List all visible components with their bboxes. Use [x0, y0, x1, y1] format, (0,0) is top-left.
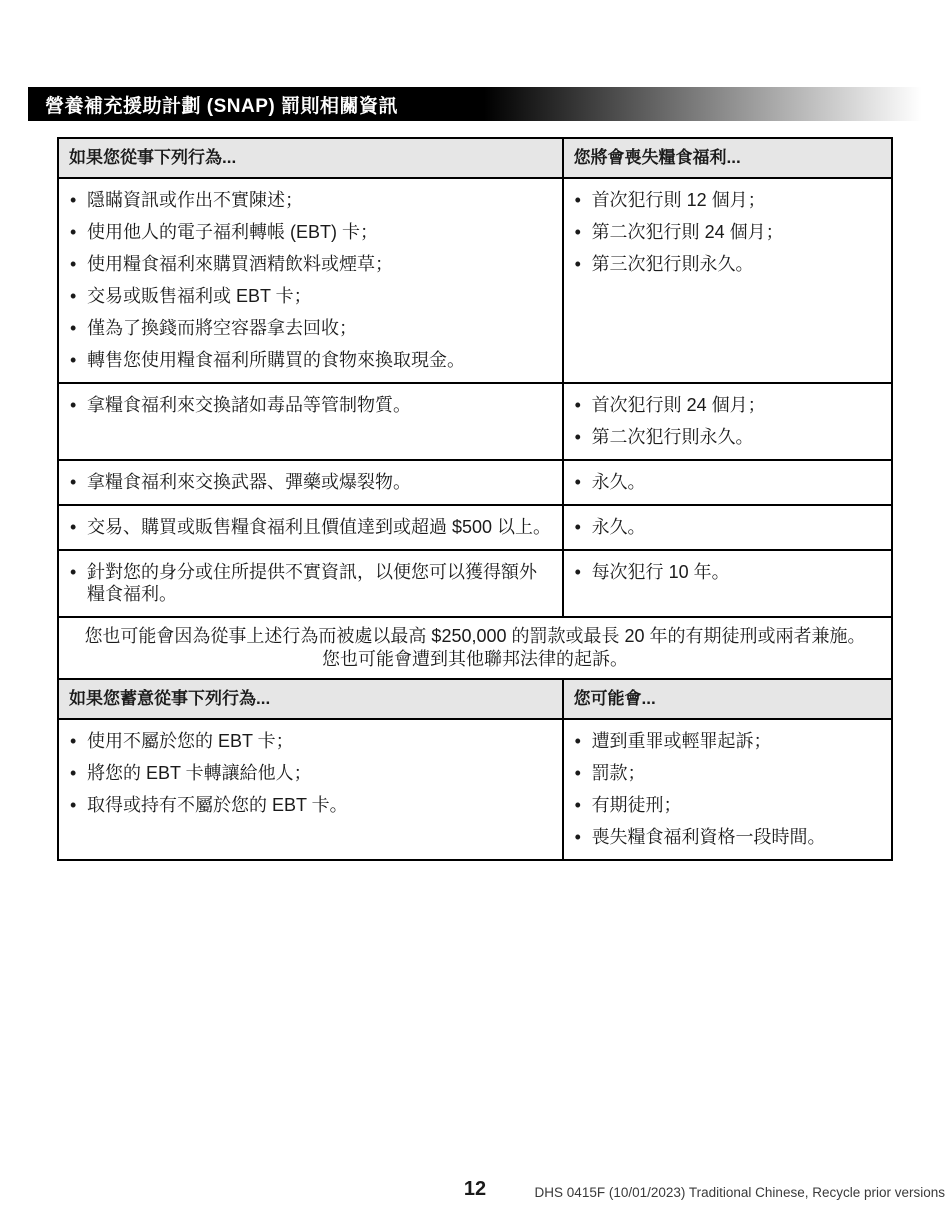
- bullet-item: 第二次犯行則 24 個月；: [564, 216, 883, 248]
- column-header-intentional-behavior: 如果您蓄意從事下列行為...: [58, 679, 563, 719]
- behavior-bullet-list: 隱瞞資訊或作出不實陳述；使用他人的電子福利轉帳 (EBT) 卡；使用糧食福利來購…: [59, 184, 562, 376]
- penalty-cell: 永久。: [563, 460, 892, 505]
- column-header-penalty: 您將會喪失糧食福利...: [563, 138, 892, 178]
- bullet-item: 首次犯行則 24 個月；: [564, 389, 883, 421]
- behavior-bullet-list: 交易、購買或販售糧食福利且價值達到或超過 $500 以上。: [59, 511, 562, 543]
- penalty-cell: 永久。: [563, 505, 892, 550]
- form-identifier: DHS 0415F (10/01/2023) Traditional Chine…: [535, 1185, 945, 1200]
- bullet-item: 首次犯行則 12 個月；: [564, 184, 883, 216]
- bullet-item: 每次犯行 10 年。: [564, 556, 883, 588]
- behavior-bullet-list: 針對您的身分或住所提供不實資訊，以便您可以獲得額外糧食福利。: [59, 556, 562, 610]
- bullet-item: 遭到重罪或輕罪起訴；: [564, 725, 883, 757]
- bullet-item: 隱瞞資訊或作出不實陳述；: [59, 184, 554, 216]
- penalty-bullet-list: 永久。: [564, 511, 891, 543]
- bullet-item: 僅為了換錢而將空容器拿去回收；: [59, 312, 554, 344]
- penalty-cell: 每次犯行 10 年。: [563, 550, 892, 617]
- behavior-cell: 針對您的身分或住所提供不實資訊，以便您可以獲得額外糧食福利。: [58, 550, 563, 617]
- table-header-row-1: 如果您從事下列行為... 您將會喪失糧食福利...: [58, 138, 892, 178]
- table-row: 拿糧食福利來交換武器、彈藥或爆裂物。 永久。: [58, 460, 892, 505]
- column-header-behavior: 如果您從事下列行為...: [58, 138, 563, 178]
- behavior-cell: 拿糧食福利來交換諸如毒品等管制物質。: [58, 383, 563, 460]
- bullet-item: 喪失糧食福利資格一段時間。: [564, 821, 883, 853]
- table-row: 使用不屬於您的 EBT 卡；將您的 EBT 卡轉讓給他人；取得或持有不屬於您的 …: [58, 719, 892, 860]
- behavior-cell: 使用不屬於您的 EBT 卡；將您的 EBT 卡轉讓給他人；取得或持有不屬於您的 …: [58, 719, 563, 860]
- penalty-bullet-list: 遭到重罪或輕罪起訴；罰款；有期徒刑；喪失糧食福利資格一段時間。: [564, 725, 891, 853]
- penalty-cell: 首次犯行則 24 個月；第二次犯行則永久。: [563, 383, 892, 460]
- column-header-consequence: 您可能會...: [563, 679, 892, 719]
- federal-penalty-notice: 您也可能會因為從事上述行為而被處以最高 $250,000 的罰款或最長 20 年…: [58, 617, 892, 679]
- penalty-bullet-list: 永久。: [564, 466, 891, 498]
- notice-line-2: 您也可能會遭到其他聯邦法律的起訴。: [67, 648, 883, 671]
- penalty-bullet-list: 每次犯行 10 年。: [564, 556, 891, 588]
- bullet-item: 永久。: [564, 466, 883, 498]
- behavior-bullet-list: 拿糧食福利來交換諸如毒品等管制物質。: [59, 389, 562, 421]
- penalty-bullet-list: 首次犯行則 24 個月；第二次犯行則永久。: [564, 389, 891, 453]
- bullet-item: 有期徒刑；: [564, 789, 883, 821]
- behavior-bullet-list: 拿糧食福利來交換武器、彈藥或爆裂物。: [59, 466, 562, 498]
- bullet-item: 罰款；: [564, 757, 883, 789]
- notice-line-1: 您也可能會因為從事上述行為而被處以最高 $250,000 的罰款或最長 20 年…: [67, 625, 883, 648]
- bullet-item: 轉售您使用糧食福利所購買的食物來換取現金。: [59, 344, 554, 376]
- bullet-item: 將您的 EBT 卡轉讓給他人；: [59, 757, 554, 789]
- section-title: 營養補充援助計劃 (SNAP) 罰則相關資訊: [28, 91, 398, 118]
- bullet-item: 使用不屬於您的 EBT 卡；: [59, 725, 554, 757]
- bullet-item: 拿糧食福利來交換武器、彈藥或爆裂物。: [59, 466, 554, 498]
- document-page: 營養補充援助計劃 (SNAP) 罰則相關資訊 如果您從事下列行為... 您將會喪…: [0, 0, 950, 1230]
- behavior-cell: 隱瞞資訊或作出不實陳述；使用他人的電子福利轉帳 (EBT) 卡；使用糧食福利來購…: [58, 178, 563, 383]
- behavior-cell: 交易、購買或販售糧食福利且價值達到或超過 $500 以上。: [58, 505, 563, 550]
- notice-row: 您也可能會因為從事上述行為而被處以最高 $250,000 的罰款或最長 20 年…: [58, 617, 892, 679]
- penalties-table: 如果您從事下列行為... 您將會喪失糧食福利... 隱瞞資訊或作出不實陳述；使用…: [57, 137, 893, 861]
- bullet-item: 第三次犯行則永久。: [564, 248, 883, 280]
- behavior-cell: 拿糧食福利來交換武器、彈藥或爆裂物。: [58, 460, 563, 505]
- bullet-item: 永久。: [564, 511, 883, 543]
- bullet-item: 交易、購買或販售糧食福利且價值達到或超過 $500 以上。: [59, 511, 554, 543]
- behavior-bullet-list: 使用不屬於您的 EBT 卡；將您的 EBT 卡轉讓給他人；取得或持有不屬於您的 …: [59, 725, 562, 821]
- penalty-cell: 遭到重罪或輕罪起訴；罰款；有期徒刑；喪失糧食福利資格一段時間。: [563, 719, 892, 860]
- bullet-item: 交易或販售福利或 EBT 卡；: [59, 280, 554, 312]
- bullet-item: 使用糧食福利來購買酒精飲料或煙草；: [59, 248, 554, 280]
- bullet-item: 取得或持有不屬於您的 EBT 卡。: [59, 789, 554, 821]
- bullet-item: 拿糧食福利來交換諸如毒品等管制物質。: [59, 389, 554, 421]
- table-row: 交易、購買或販售糧食福利且價值達到或超過 $500 以上。 永久。: [58, 505, 892, 550]
- page-footer: 12 DHS 0415F (10/01/2023) Traditional Ch…: [0, 1178, 950, 1210]
- bullet-item: 針對您的身分或住所提供不實資訊，以便您可以獲得額外糧食福利。: [59, 556, 554, 610]
- table-row: 拿糧食福利來交換諸如毒品等管制物質。 首次犯行則 24 個月；第二次犯行則永久。: [58, 383, 892, 460]
- penalty-bullet-list: 首次犯行則 12 個月；第二次犯行則 24 個月；第三次犯行則永久。: [564, 184, 891, 280]
- section-title-bar: 營養補充援助計劃 (SNAP) 罰則相關資訊: [28, 87, 940, 121]
- table-row: 隱瞞資訊或作出不實陳述；使用他人的電子福利轉帳 (EBT) 卡；使用糧食福利來購…: [58, 178, 892, 383]
- penalty-cell: 首次犯行則 12 個月；第二次犯行則 24 個月；第三次犯行則永久。: [563, 178, 892, 383]
- bullet-item: 第二次犯行則永久。: [564, 421, 883, 453]
- bullet-item: 使用他人的電子福利轉帳 (EBT) 卡；: [59, 216, 554, 248]
- table-row: 針對您的身分或住所提供不實資訊，以便您可以獲得額外糧食福利。 每次犯行 10 年…: [58, 550, 892, 617]
- table-header-row-2: 如果您蓄意從事下列行為... 您可能會...: [58, 679, 892, 719]
